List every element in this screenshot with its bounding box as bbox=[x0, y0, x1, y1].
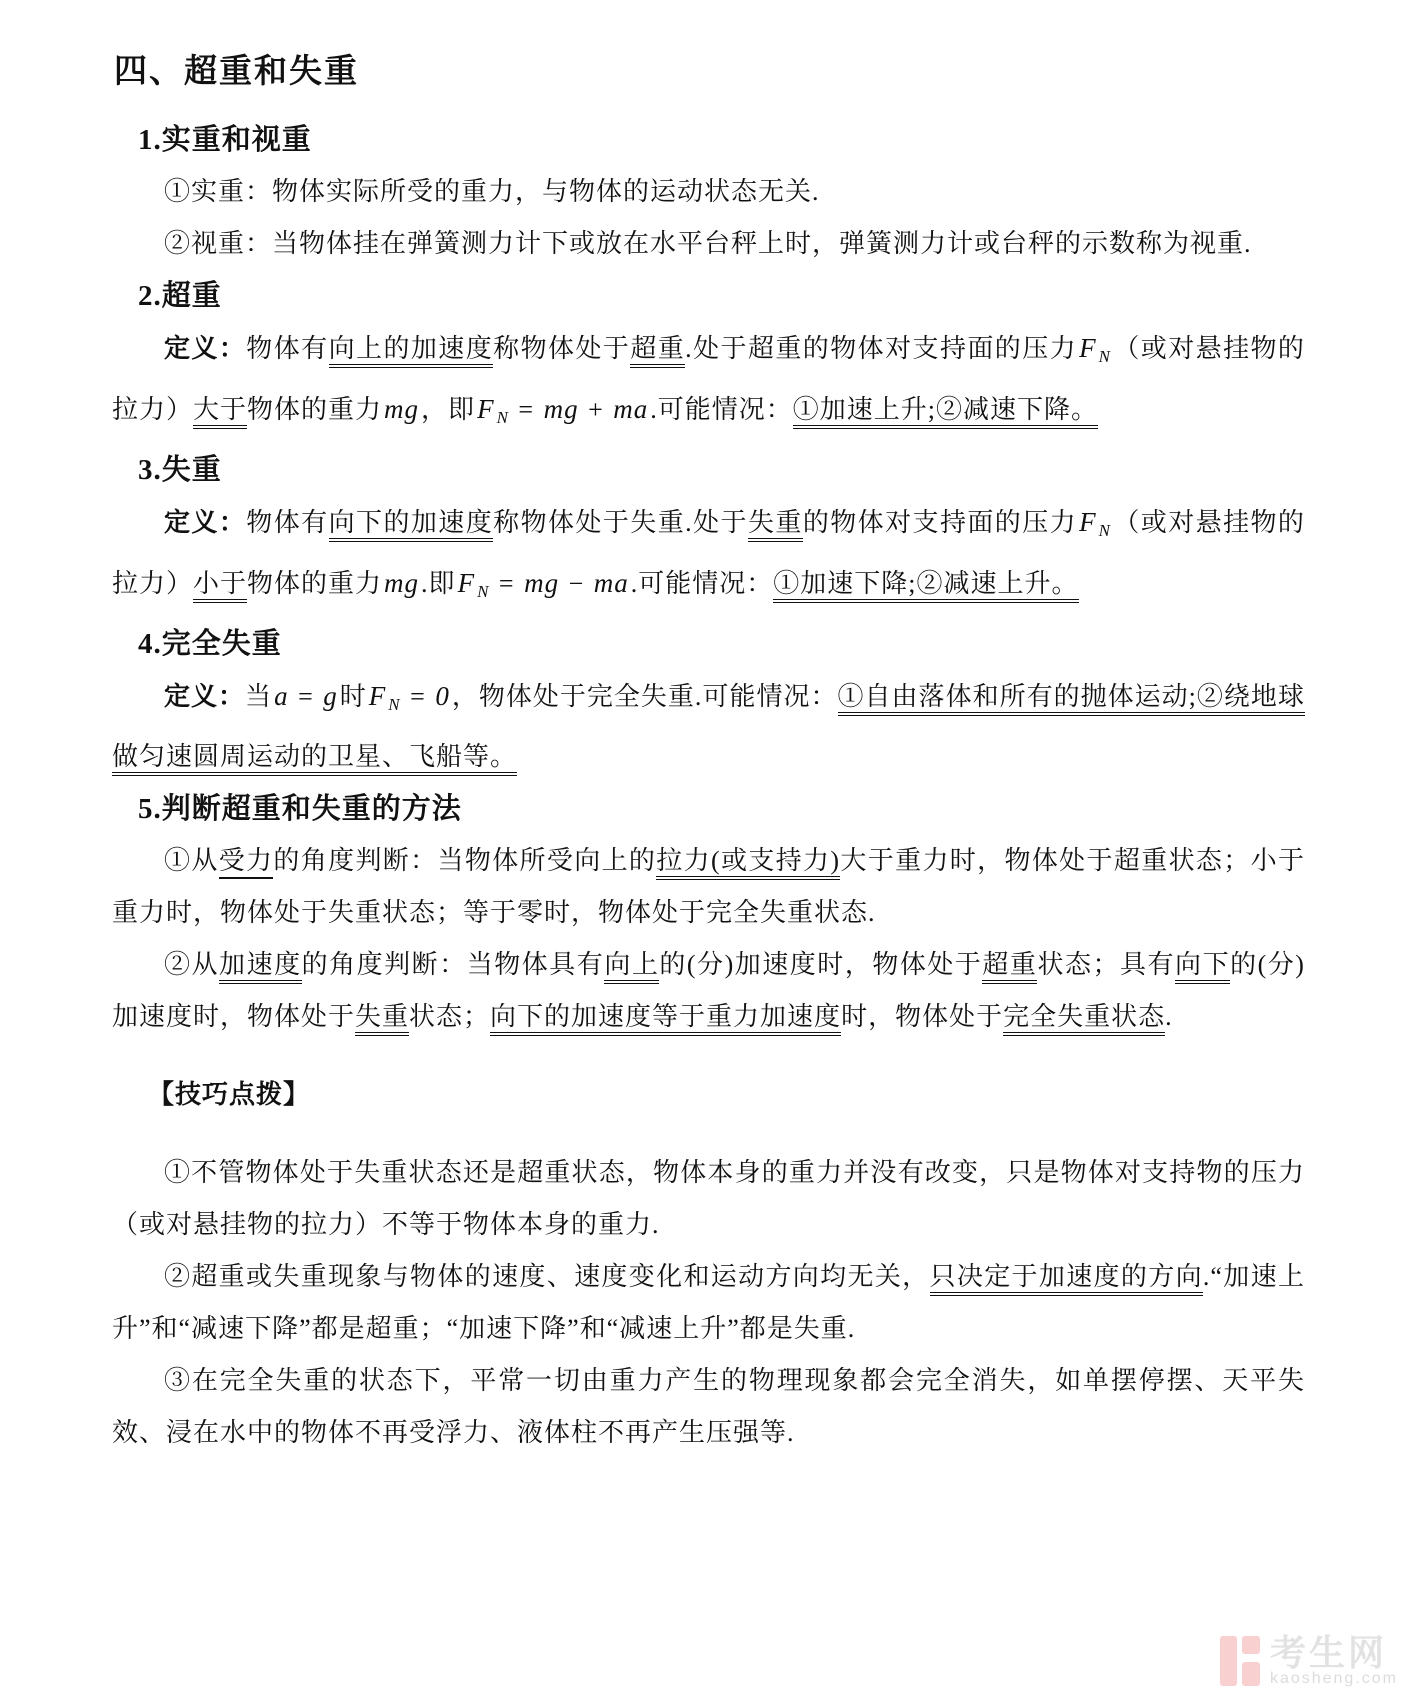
tips-paragraph-3: ③在完全失重的状态下，平常一切由重力产生的物理现象都会完全消失，如单摆停摆、天平… bbox=[112, 1355, 1305, 1459]
section-5-paragraph-force-judgment: ①从受力的角度判断：当物体所受向上的拉力(或支持力)大于重力时，物体处于超重状态… bbox=[112, 835, 1305, 939]
section-3-definition: 定义：物体有向下的加速度称物体处于失重.处于失重的物体对支持面的压力FN（或对悬… bbox=[112, 496, 1305, 618]
page-title: 四、超重和失重 bbox=[114, 52, 1305, 92]
tips-paragraph-1: ①不管物体处于失重状态还是超重状态，物体本身的重力并没有改变，只是物体对支持物的… bbox=[112, 1147, 1305, 1251]
document-content: 四、超重和失重 1.实重和视重 ①实重：物体实际所受的重力，与物体的运动状态无关… bbox=[0, 0, 1420, 1459]
tips-paragraph-2: ②超重或失重现象与物体的速度、速度变化和运动方向均无关，只决定于加速度的方向.“… bbox=[112, 1251, 1305, 1355]
watermark-text: 考生网 kaosheng.com bbox=[1270, 1636, 1398, 1688]
section-4-heading: 4.完全失重 bbox=[138, 618, 1305, 670]
section-1-heading: 1.实重和视重 bbox=[138, 114, 1305, 166]
watermark-domain: kaosheng.com bbox=[1270, 1670, 1398, 1688]
logo-square bbox=[1242, 1636, 1260, 1654]
section-4-definition: 定义：当a = g时FN = 0，物体处于完全失重.可能情况：①自由落体和所有的… bbox=[112, 670, 1305, 783]
tips-heading: 【技巧点拨】 bbox=[148, 1069, 1305, 1121]
logo-right-column bbox=[1242, 1636, 1260, 1686]
section-2-heading: 2.超重 bbox=[138, 270, 1305, 322]
kaosheng-watermark: 考生网 kaosheng.com bbox=[1220, 1636, 1398, 1688]
logo-bottom-bar bbox=[1242, 1662, 1260, 1686]
watermark-brand: 考生网 bbox=[1270, 1636, 1398, 1670]
section-1-paragraph-apparent-weight: ②视重：当物体挂在弹簧测力计下或放在水平台秤上时，弹簧测力计或台秤的示数称为视重… bbox=[112, 218, 1305, 270]
section-2-definition: 定义：物体有向上的加速度称物体处于超重.处于超重的物体对支持面的压力FN（或对悬… bbox=[112, 322, 1305, 444]
document-page: 四、超重和失重 1.实重和视重 ①实重：物体实际所受的重力，与物体的运动状态无关… bbox=[0, 0, 1420, 1702]
section-3-heading: 3.失重 bbox=[138, 444, 1305, 496]
logo-left-bar bbox=[1220, 1636, 1237, 1686]
kaosheng-logo-icon bbox=[1220, 1636, 1260, 1686]
section-5-heading: 5.判断超重和失重的方法 bbox=[138, 783, 1305, 835]
section-1-paragraph-actual-weight: ①实重：物体实际所受的重力，与物体的运动状态无关. bbox=[112, 166, 1305, 218]
section-5-paragraph-acceleration-judgment: ②从加速度的角度判断：当物体具有向上的(分)加速度时，物体处于超重状态；具有向下… bbox=[112, 939, 1305, 1043]
